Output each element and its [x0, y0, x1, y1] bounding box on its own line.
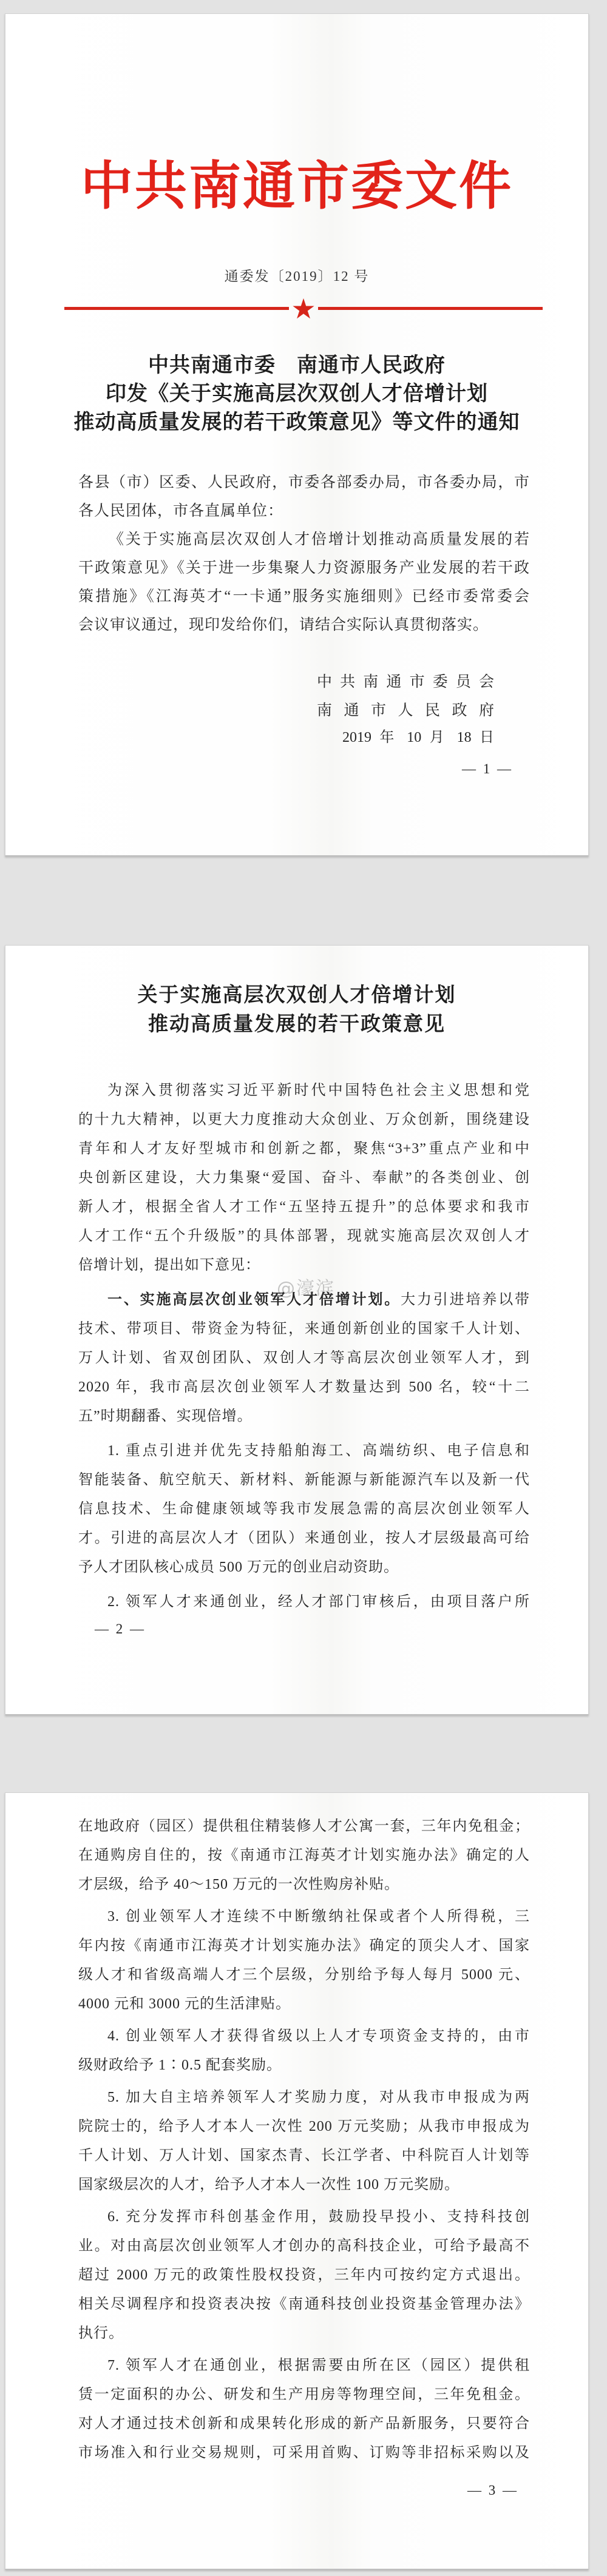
body-line: 5. 加大自主培养领军人才奖励力度，对从我市申报成为两: [78, 2083, 530, 2112]
body-line: 信息技术、生命健康领域等我市发展急需的高层次创业领军人: [78, 1495, 530, 1524]
red-line-right: [318, 307, 543, 310]
body-line: 央创新区建设，大力集聚“爱国、奋斗、奉献”的各类创业、创: [78, 1163, 530, 1192]
body-line: 赁一定面积的办公、研发和生产用房等物理空间，三年免租金。: [78, 2380, 530, 2409]
body-line: 1. 重点引进并优先支持船舶海工、高端纺织、电子信息和: [78, 1436, 530, 1465]
signature-org: 南通市人民政府: [317, 696, 494, 725]
body-line: 业。对由高层次创业领军人才创办的高科技企业，可给予最高不: [78, 2231, 530, 2261]
item1-heading: 一、实施高层次创业领军人才倍增计划。: [107, 1292, 401, 1308]
policy-title-line: 推动高质量发展的若干政策意见: [5, 1010, 588, 1039]
page-1: 中共南通市委文件 通委发〔2019〕12 号 ★ 中共南通市委 南通市人民政府 …: [5, 13, 589, 856]
body-line: 国家级层次的人才，给予人才本人一次性 100 万元奖励。: [78, 2170, 530, 2199]
body-line: 青年和人才友好型城市和创新之都，聚焦“3+3”重点产业和中: [78, 1134, 530, 1163]
body-line: 院院士的，给予人才本人一次性 200 万元奖励；从我市申报成为: [78, 2112, 530, 2141]
policy-title-line: 关于实施高层次双创人才倍增计划: [5, 981, 588, 1010]
body-line: 干政策意见》《关于进一步集聚人力资源服务产业发展的若干政: [78, 554, 530, 582]
star-icon: ★: [291, 295, 316, 323]
notice-title: 中共南通市委 南通市人民政府 印发《关于实施高层次双创人才倍增计划 推动高质量发…: [5, 351, 588, 437]
notice-title-line: 中共南通市委 南通市人民政府: [5, 351, 588, 380]
body-line: 市场准入和行业交易规则，可采用首购、订购等非招标采购以及: [78, 2438, 530, 2467]
body-line: 级人才和省级高端人才三个层级，分别给予每人每月 5000 元、: [78, 1960, 530, 1989]
document-number: 通委发〔2019〕12 号: [5, 267, 588, 286]
body-line: 人才工作“五个升级版”的具体部署，现就实施高层次双创人才: [78, 1222, 530, 1251]
body-line: 各县（市）区委、人民政府，市委各部委办局，市各委办局，市: [78, 468, 530, 497]
page-number: — 2 —: [95, 1621, 146, 1637]
body-line: 的十九大精神，以更大力度推动大众创业、万众创新，围绕建设: [78, 1105, 530, 1134]
body-line: 才层级，给予 40～150 万元的一次性购房补贴。: [78, 1870, 530, 1899]
body-line: 年内按《南通市江海英才计划实施办法》确定的顶尖人才、国家: [78, 1931, 530, 1960]
body-line: 智能装备、航空航天、新材料、新能源与新能源汽车以及新一代: [78, 1465, 530, 1495]
body-line: 才。引进的高层次人才（团队）来通创业，按人才层级最高可给: [78, 1524, 530, 1553]
page3-body: 在地政府（园区）提供租住精装修人才公寓一套，三年内免租金； 在通购房自住的，按《…: [78, 1812, 530, 2467]
body-line: 对人才通过技术创新和成果转化形成的新产品新服务，只要符合: [78, 2409, 530, 2438]
body-line: 执行。: [78, 2319, 530, 2348]
body-line: 千人计划、万人计划、国家杰青、长江学者、中科院百人计划等: [78, 2141, 530, 2170]
signature-org: 中共南通市委员会: [317, 668, 494, 696]
policy-title: 关于实施高层次双创人才倍增计划 推动高质量发展的若干政策意见: [5, 981, 588, 1039]
body-line: 2. 领军人才来通创业，经人才部门审核后，由项目落户所: [78, 1587, 530, 1616]
body-line: 超过 2000 万元的政策性股权投资，三年内可按约定方式退出。: [78, 2261, 530, 2290]
page-number: — 1 —: [462, 761, 513, 777]
body-line-item1: 一、实施高层次创业领军人才倍增计划。大力引进培养以带: [78, 1285, 530, 1314]
body-line: 6. 充分发挥市科创基金作用，鼓励投早投小、支持科技创: [78, 2202, 530, 2231]
body-line: 万人计划、省双创团队、双创人才等高层次创业领军人才，到: [78, 1343, 530, 1373]
red-line-left: [64, 307, 289, 310]
body-line: 技术、带项目、带资金为特征，来通创新创业的国家千人计划、: [78, 1314, 530, 1343]
page-2: 关于实施高层次双创人才倍增计划 推动高质量发展的若干政策意见 @濠滨 为深入贯彻…: [5, 945, 589, 1715]
signature-block: 中共南通市委员会 南通市人民政府 2019 年 10 月 18 日: [317, 668, 494, 751]
body-line: 7. 领军人才在通创业，根据需要由所在区（园区）提供租: [78, 2351, 530, 2380]
body-line: 五”时期翻番、实现倍增。: [78, 1402, 530, 1431]
notice-title-line: 印发《关于实施高层次双创人才倍增计划: [5, 380, 588, 408]
page-3: 在地政府（园区）提供租住精装修人才公寓一套，三年内免租金； 在通购房自住的，按《…: [5, 1792, 589, 2570]
signature-date: 2019 年 10 月 18 日: [317, 725, 494, 751]
body-line: 3. 创业领军人才连续不中断缴纳社保或者个人所得税，三: [78, 1902, 530, 1931]
body-line: 在通购房自住的，按《南通市江海英才计划实施办法》确定的人: [78, 1841, 530, 1870]
body-line: 策措施》《江海英才“一卡通”服务实施细则》已经市委常委会: [78, 582, 530, 611]
body-line: 《关于实施高层次双创人才倍增计划推动高质量发展的若: [78, 525, 530, 554]
body-line: 在地政府（园区）提供租住精装修人才公寓一套，三年内免租金；: [78, 1812, 530, 1841]
body-line: 为深入贯彻落实习近平新时代中国特色社会主义思想和党: [78, 1076, 530, 1105]
body-line: 倍增计划，提出如下意见：: [78, 1251, 530, 1280]
body-line: 相关尽调程序和投资表决按《南通科技创业投资基金管理办法》: [78, 2290, 530, 2319]
body-line: 级财政给予 1∶0.5 配套奖励。: [78, 2051, 530, 2080]
body-line: 4. 创业领军人才获得省级以上人才专项资金支持的，由市: [78, 2022, 530, 2051]
body-line: 2020 年，我市高层次创业领军人才数量达到 500 名，较“十二: [78, 1373, 530, 1402]
document-masthead: 中共南通市委文件: [5, 156, 588, 217]
red-divider: ★: [64, 294, 543, 326]
page-number: — 3 —: [467, 2483, 518, 2498]
body-line: 予人才团队核心成员 500 万元的创业启动资助。: [78, 1553, 530, 1582]
page1-body: 各县（市）区委、人民政府，市委各部委办局，市各委办局，市 各人民团体，市各直属单…: [78, 468, 530, 639]
page2-body: 为深入贯彻落实习近平新时代中国特色社会主义思想和党 的十九大精神，以更大力度推动…: [78, 1076, 530, 1616]
body-line: 4000 元和 3000 元的生活津贴。: [78, 1989, 530, 2019]
item1-text: 大力引进培养以带: [401, 1292, 530, 1308]
body-line: 会议审议通过，现印发给你们，请结合实际认真贯彻落实。: [78, 611, 530, 639]
notice-title-line: 推动高质量发展的若干政策意见》等文件的通知: [5, 408, 588, 437]
body-line: 新人才，根据全省人才工作“五坚持五提升”的总体要求和我市: [78, 1192, 530, 1222]
body-line: 各人民团体，市各直属单位：: [78, 497, 530, 525]
